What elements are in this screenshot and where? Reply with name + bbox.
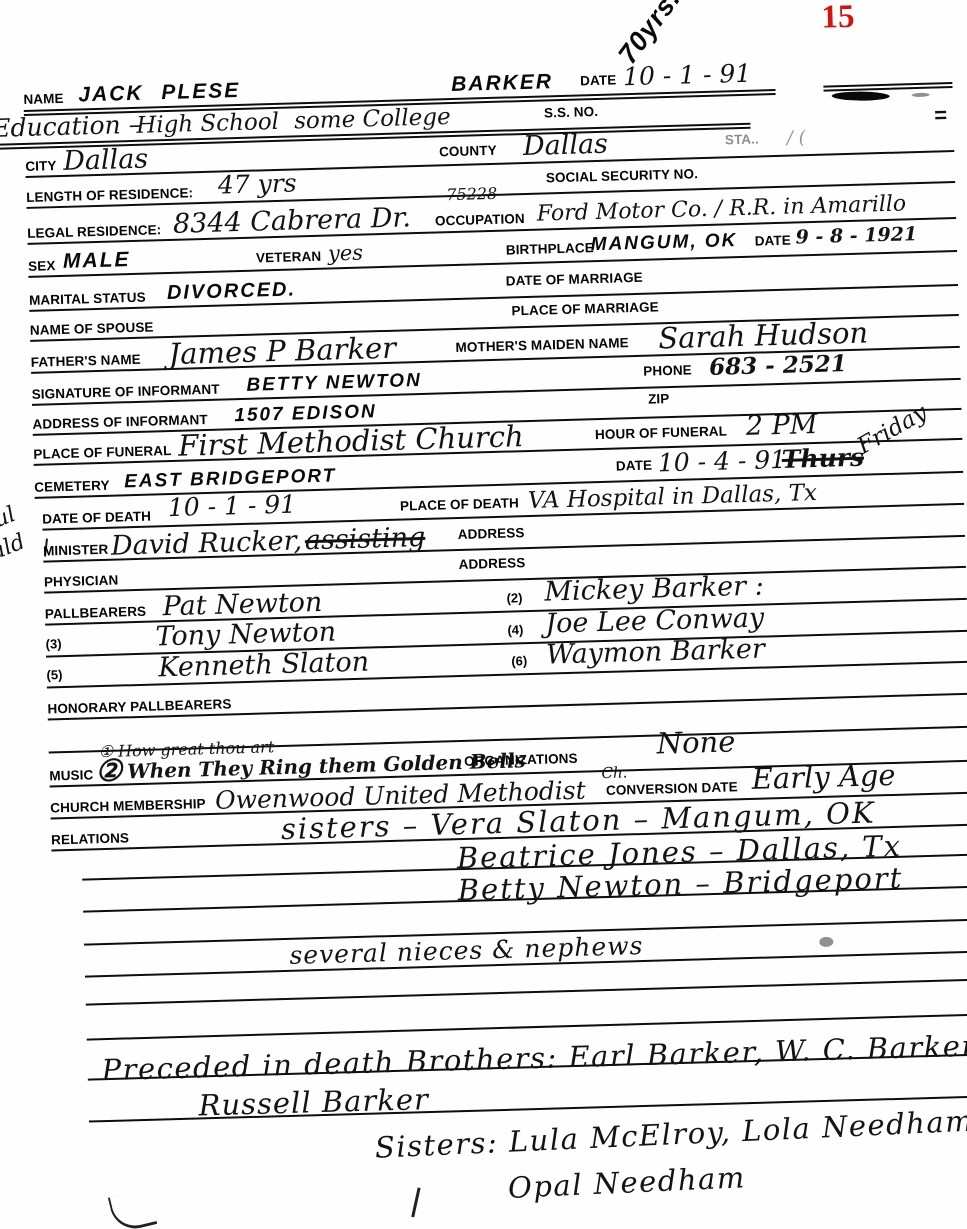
- mother-maiden-name-label: MOTHER'S MAIDEN NAME: [455, 335, 629, 355]
- conversion-date-label: CONVERSION DATE: [606, 779, 738, 798]
- name-middle-value: PLESE: [161, 79, 240, 105]
- length-of-residence-value: 47 yrs: [218, 168, 297, 199]
- name-first-value: JACK: [78, 82, 144, 108]
- organizations-label: ORGANIZATIONS: [464, 751, 578, 769]
- state-label: STA..: [725, 131, 759, 147]
- birthdate-label: DATE: [754, 233, 791, 249]
- pallbearer-4-number: (4): [507, 622, 523, 637]
- hour-of-funeral-value: 2 PM: [745, 409, 817, 442]
- date-label: DATE: [580, 72, 617, 88]
- stray-mark-2: [411, 1187, 420, 1217]
- education-label: Education –: [0, 110, 142, 143]
- veteran-value: yes: [328, 241, 364, 266]
- sex-value: MALE: [63, 248, 131, 274]
- sisters-line1-value: Sisters: Lula McElroy, Lola Needham: [374, 1104, 967, 1165]
- name-label: NAME: [23, 91, 64, 107]
- zip-label: ZIP: [648, 391, 670, 407]
- birthplace-label: BIRTHPLACE: [506, 240, 594, 257]
- birthdate-value: 9 - 8 - 1921: [795, 223, 917, 248]
- name-last-value: BARKER: [451, 70, 553, 97]
- music-label: MUSIC: [49, 767, 93, 783]
- form-body: 70yrs. 15 = NAME JACK PLESE BARKER DATE …: [0, 0, 967, 1229]
- funeral-date-value: 10 - 4 - 91: [657, 445, 786, 478]
- place-of-death-label: PLACE OF DEATH: [400, 495, 519, 513]
- birthplace-value: MANGUM, OK: [590, 230, 737, 256]
- page-number: 15: [821, 0, 855, 37]
- small-smudge: [819, 937, 833, 947]
- minister-address-label: ADDRESS: [458, 525, 525, 542]
- length-of-residence-label: LENGTH OF RESIDENCE:: [26, 185, 193, 205]
- funeral-date-label: DATE: [616, 458, 653, 474]
- county-label: COUNTY: [439, 143, 497, 160]
- date-of-death-value: 10 - 1 - 91: [168, 490, 297, 523]
- state-scrawl: / (: [787, 127, 806, 149]
- row-name-right-segment: [822, 48, 952, 88]
- date-of-marriage-label: DATE OF MARRIAGE: [506, 270, 643, 289]
- preceded-line2-value: Russell Barker: [198, 1082, 429, 1122]
- date-value: 10 - 1 - 91: [623, 59, 752, 92]
- hour-of-funeral-label: HOUR OF FUNERAL: [595, 423, 727, 442]
- pallbearer-2-number: (2): [506, 590, 522, 605]
- conversion-date-value: Early Age: [751, 758, 896, 796]
- social-security-label: SOCIAL SECURITY NO.: [546, 166, 699, 185]
- veteran-label: VETERAN: [256, 249, 322, 266]
- ink-smudge: [832, 91, 890, 100]
- funeral-record-sheet: ul uld 70yrs. 15 = NAME JACK PLESE BARKE…: [0, 0, 967, 1229]
- pallbearer-6-number: (6): [511, 653, 527, 668]
- organizations-value: None: [656, 724, 736, 760]
- place-of-marriage-label: PLACE OF MARRIAGE: [511, 299, 659, 318]
- stray-mark-1: [108, 1188, 158, 1229]
- ssn-label: S.S. NO.: [544, 104, 598, 121]
- pallbearer-5-number: (5): [46, 667, 62, 682]
- sex-label: SEX: [28, 258, 56, 274]
- education-value-1: High School: [136, 109, 279, 139]
- physician-address-label: ADDRESS: [458, 555, 525, 572]
- church-membership-suffix: Ch.: [601, 763, 627, 782]
- pallbearer-3-number: (3): [45, 636, 61, 651]
- phone-value: 683 - 2521: [709, 350, 847, 381]
- occupation-label: OCCUPATION: [435, 211, 525, 229]
- sisters-line2-value: Opal Needham: [507, 1160, 746, 1205]
- funeral-day-struck: Thurs: [781, 443, 864, 474]
- ink-smudge-small: [912, 93, 930, 98]
- legal-residence-zip-note: 75228: [446, 184, 497, 204]
- phone-label: PHONE: [643, 362, 692, 378]
